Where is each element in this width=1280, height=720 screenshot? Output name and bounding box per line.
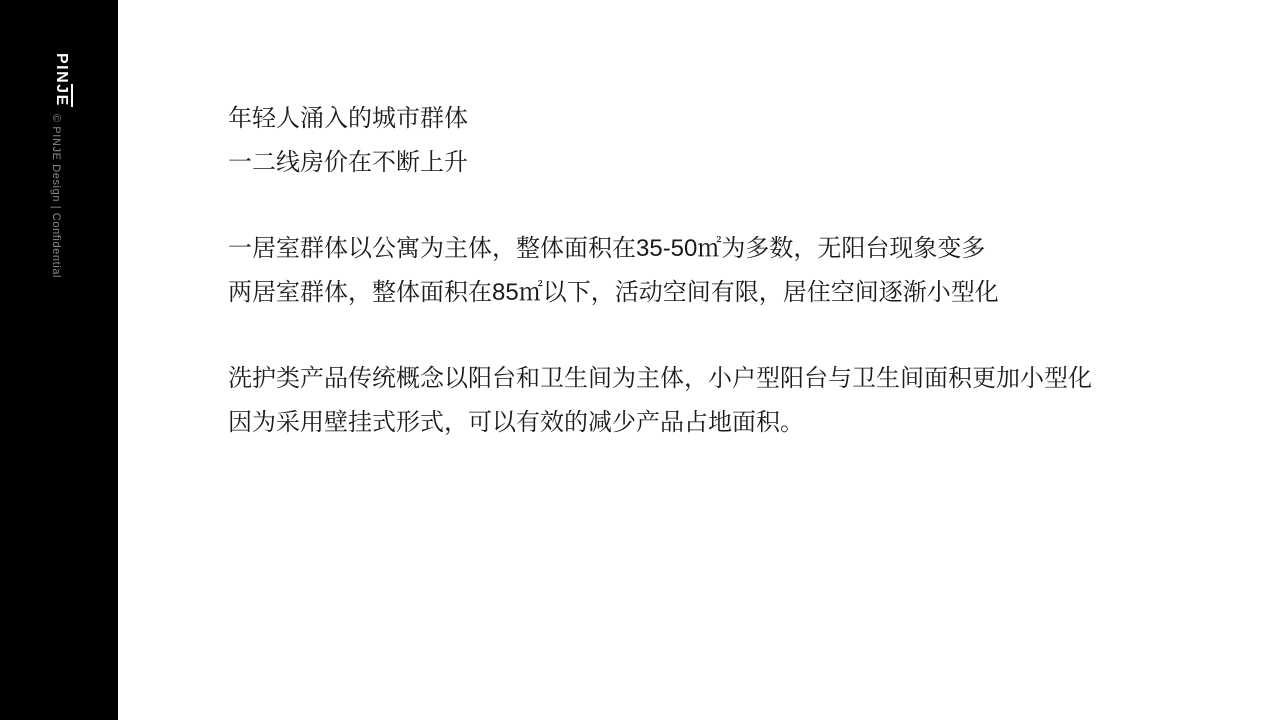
text-line: 一居室群体以公寓为主体，整体面积在35-50㎡为多数，无阳台现象变多 xyxy=(228,227,1188,271)
paragraph-apartment-size: 一居室群体以公寓为主体，整体面积在35-50㎡为多数，无阳台现象变多 两居室群体… xyxy=(228,227,1188,315)
pinje-logo: PINJE xyxy=(52,53,70,107)
text-line: 两居室群体，整体面积在85㎡以下，活动空间有限，居住空间逐渐小型化 xyxy=(228,271,1188,315)
copyright-text: © PINJE Design | Confidential xyxy=(49,114,62,278)
text-line: 洗护类产品传统概念以阳台和卫生间为主体，小户型阳台与卫生间面积更加小型化 xyxy=(228,357,1188,401)
paragraph-product-concept: 洗护类产品传统概念以阳台和卫生间为主体，小户型阳台与卫生间面积更加小型化 因为采… xyxy=(228,357,1188,445)
paragraph-city-trend: 年轻人涌入的城市群体 一二线房价在不断上升 xyxy=(228,97,1188,185)
slide: PINJE © PINJE Design | Confidential 年轻人涌… xyxy=(0,0,1280,720)
pinje-logo-part2: JE xyxy=(53,84,73,107)
pinje-logo-part1: PIN xyxy=(53,53,70,84)
text-line: 一二线房价在不断上升 xyxy=(228,141,1188,185)
slide-content: 年轻人涌入的城市群体 一二线房价在不断上升 一居室群体以公寓为主体，整体面积在3… xyxy=(228,97,1188,487)
sidebar: PINJE © PINJE Design | Confidential xyxy=(0,0,118,720)
text-line: 年轻人涌入的城市群体 xyxy=(228,97,1188,141)
text-line: 因为采用壁挂式形式，可以有效的减少产品占地面积。 xyxy=(228,401,1188,445)
